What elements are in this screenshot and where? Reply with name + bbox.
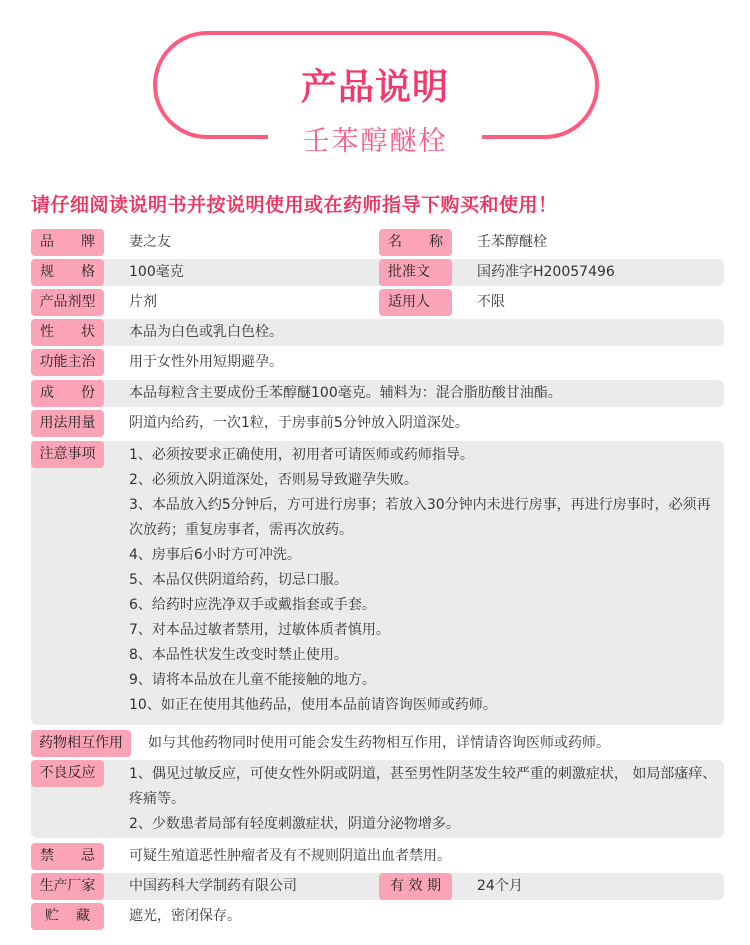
value-dosage: 阴道内给药，一次1粒，于房事前5分钟放入阴道深处。 [129, 410, 469, 437]
list-item: 2、少数患者局部有轻度刺激症状，阴道分泌物增多。 [129, 812, 719, 837]
list-item: 5、本品仅供阴道给药，切忌口服。 [129, 568, 719, 593]
value-spec: 100毫克 [129, 259, 184, 286]
list-item: 3、本品放入约5分钟后，方可进行房事；若放入30分钟内未进行房事，再进行房事时，… [129, 493, 719, 543]
row-contraindications: 禁忌 可疑生殖道恶性肿瘤者及有不规则阴道出血者禁用。 [31, 843, 724, 870]
list-item: 2、必须放入阴道深处，否则易导致避孕失败。 [129, 468, 719, 493]
list-item: 6、给药时应洗净双手或戴指套或手套。 [129, 593, 719, 618]
value-name: 壬苯醇醚栓 [477, 229, 547, 256]
list-item: 4、房事后6小时方可冲洗。 [129, 543, 719, 568]
row-interactions: 药物相互作用 如与其他药物同时使用可能会发生药物相互作用，详情请咨询医师或药师。 [31, 730, 724, 757]
value-form: 片剂 [129, 289, 157, 316]
precautions-list: 1、必须按要求正确使用，初用者可请医师或药师指导。 2、必须放入阴道深处，否则易… [129, 443, 719, 718]
label-shelf-life: 有 效 期 [379, 873, 452, 900]
row-appearance: 性状 本品为白色或乳白色栓。 [31, 319, 724, 346]
row-brand: 品牌 妻之友 名称 壬苯醇醚栓 [31, 229, 724, 256]
label-adverse: 不良反应 [31, 760, 104, 787]
row-adverse: 不良反应 1、偶见过敏反应，可使女性外阴或阴道，甚至男性阴茎发生较严重的刺激症状… [31, 760, 724, 838]
value-audience: 不限 [477, 289, 505, 316]
warning-banner: 请仔细阅读说明书并按说明使用或在药师指导下购买和使用！ [31, 193, 558, 217]
label-manufacturer: 生产厂家 [31, 873, 104, 900]
value-ingredients: 本品每粒含主要成份壬苯醇醚100毫克。辅料为：混合脂肪酸甘油酯。 [129, 380, 562, 407]
value-approval: 国药准字H20057496 [477, 259, 615, 286]
adverse-list: 1、偶见过敏反应，可使女性外阴或阴道，甚至男性阴茎发生较严重的刺激症状， 如局部… [129, 762, 719, 837]
row-dosage: 用法用量 阴道内给药，一次1粒，于房事前5分钟放入阴道深处。 [31, 410, 724, 437]
list-item: 7、对本品过敏者禁用，过敏体质者慎用。 [129, 618, 719, 643]
value-shelf-life: 24个月 [477, 873, 523, 900]
page-title: 产品说明 [0, 66, 750, 110]
label-precautions: 注意事项 [31, 441, 104, 468]
value-manufacturer: 中国药科大学制药有限公司 [129, 873, 297, 900]
list-item: 8、本品性状发生改变时禁止使用。 [129, 643, 719, 668]
row-storage: 贮藏 遮光，密闭保存。 [31, 903, 724, 930]
row-spec: 规格 100毫克 批准文号 国药准字H20057496 [31, 259, 724, 286]
row-precautions: 注意事项 1、必须按要求正确使用，初用者可请医师或药师指导。 2、必须放入阴道深… [31, 441, 724, 725]
value-brand: 妻之友 [129, 229, 171, 256]
label-storage: 贮藏 [31, 903, 104, 930]
label-name: 名称 [379, 229, 452, 256]
label-indication: 功能主治 [31, 349, 104, 376]
value-storage: 遮光，密闭保存。 [129, 903, 241, 930]
label-brand: 品牌 [31, 229, 104, 256]
label-form: 产品剂型 [31, 289, 104, 316]
list-item: 9、请将本品放在儿童不能接触的地方。 [129, 668, 719, 693]
list-item: 1、偶见过敏反应，可使女性外阴或阴道，甚至男性阴茎发生较严重的刺激症状， 如局部… [129, 762, 719, 812]
row-form: 产品剂型 片剂 适用人群 不限 [31, 289, 724, 316]
product-subtitle: 壬苯醇醚栓 [0, 124, 750, 160]
label-approval: 批准文号 [379, 259, 452, 286]
label-audience: 适用人群 [379, 289, 452, 316]
value-contraindications: 可疑生殖道恶性肿瘤者及有不规则阴道出血者禁用。 [129, 843, 451, 870]
list-item: 1、必须按要求正确使用，初用者可请医师或药师指导。 [129, 443, 719, 468]
row-manufacturer: 生产厂家 中国药科大学制药有限公司 有 效 期 24个月 [31, 873, 724, 900]
list-item: 10、如正在使用其他药品，使用本品前请咨询医师或药师。 [129, 693, 719, 718]
label-interactions: 药物相互作用 [31, 730, 131, 757]
value-indication: 用于女性外用短期避孕。 [129, 349, 283, 376]
label-appearance: 性状 [31, 319, 104, 346]
label-spec: 规格 [31, 259, 104, 286]
row-ingredients: 成份 本品每粒含主要成份壬苯醇醚100毫克。辅料为：混合脂肪酸甘油酯。 [31, 380, 724, 407]
value-interactions: 如与其他药物同时使用可能会发生药物相互作用，详情请咨询医师或药师。 [148, 730, 610, 757]
label-dosage: 用法用量 [31, 410, 104, 437]
row-indication: 功能主治 用于女性外用短期避孕。 [31, 349, 724, 376]
value-appearance: 本品为白色或乳白色栓。 [129, 319, 283, 346]
label-ingredients: 成份 [31, 380, 104, 407]
label-contraindications: 禁忌 [31, 843, 104, 870]
